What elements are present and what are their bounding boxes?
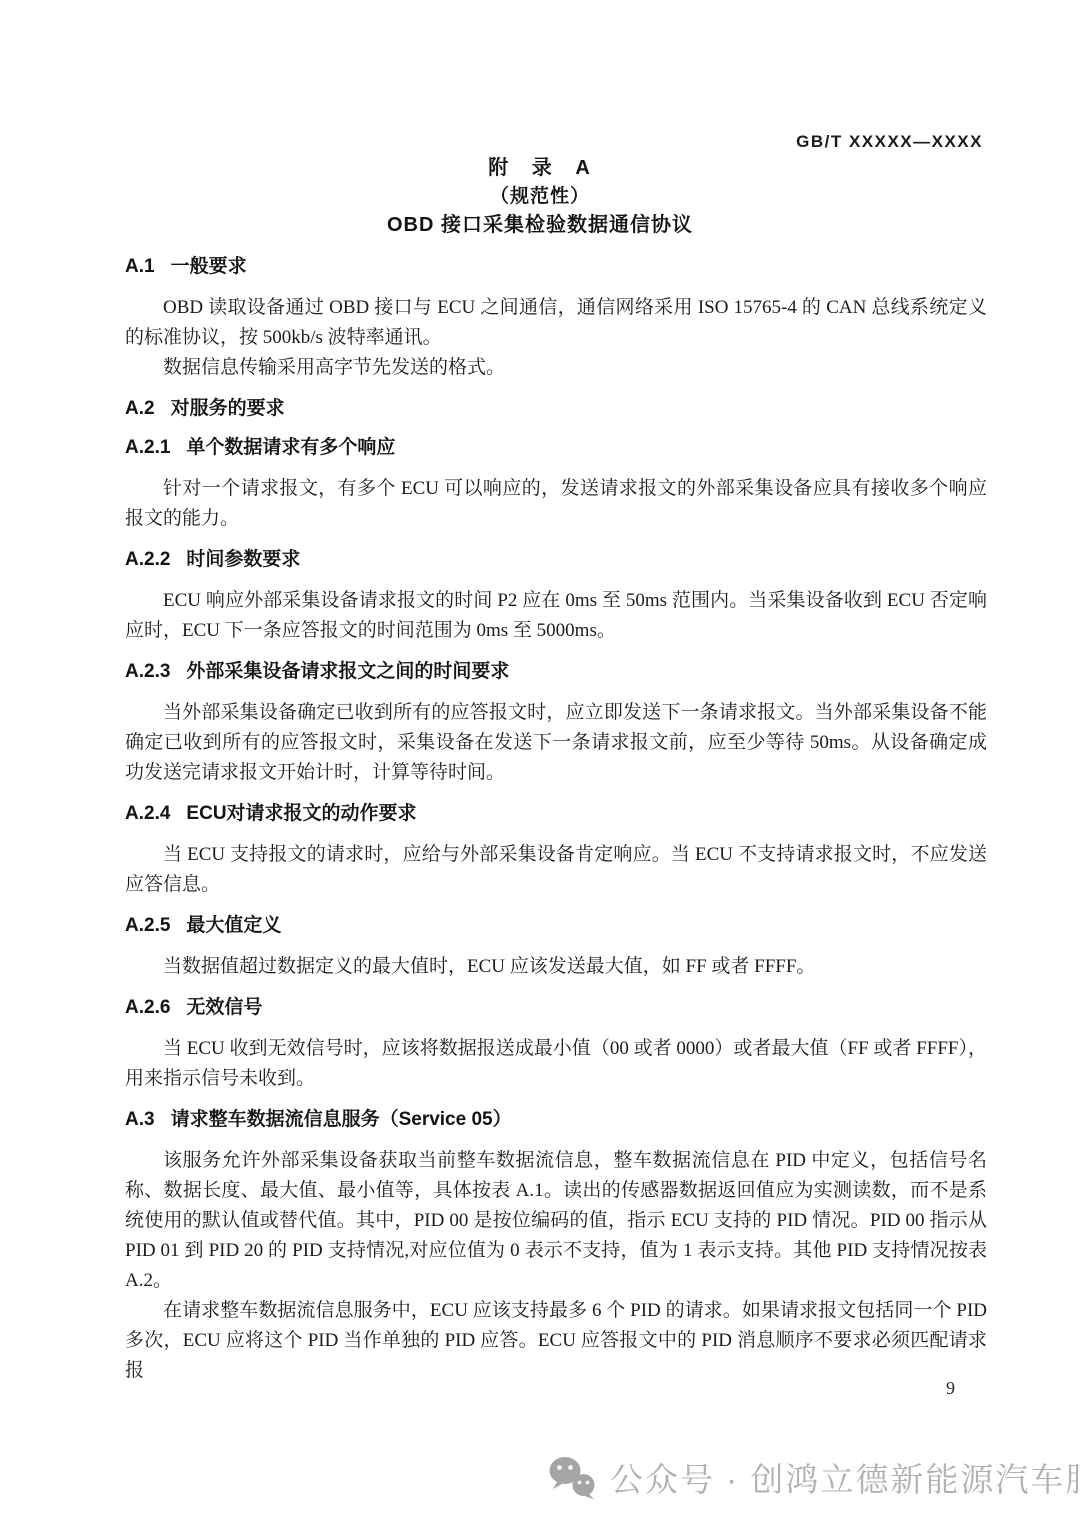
appendix-normative-label: （规范性）	[0, 183, 1080, 211]
section-number: A.3	[125, 1109, 155, 1130]
section-heading-a2-2: A.2.2时间参数要求	[125, 547, 987, 573]
section-heading-a2: A.2对服务的要求	[125, 396, 987, 422]
section-number: A.2.1	[125, 437, 170, 458]
paragraph: OBD 读取设备通过 OBD 接口与 ECU 之间通信，通信网络采用 ISO 1…	[125, 293, 987, 353]
section-number: A.1	[125, 256, 155, 277]
appendix-title-block: 附 录 A （规范性） OBD 接口采集检验数据通信协议	[0, 153, 1080, 239]
paragraph: 当 ECU 支持报文的请求时，应给与外部采集设备肯定响应。当 ECU 不支持请求…	[125, 840, 987, 900]
section-heading-a1: A.1一般要求	[125, 254, 987, 280]
section-heading-a2-6: A.2.6无效信号	[125, 995, 987, 1021]
section-heading-a2-3: A.2.3外部采集设备请求报文之间的时间要求	[125, 659, 987, 685]
section-number: A.2.6	[125, 997, 170, 1018]
section-heading-a2-5: A.2.5最大值定义	[125, 913, 987, 939]
standard-number: GB/T XXXXX—XXXX	[796, 132, 983, 152]
section-title: 最大值定义	[186, 915, 281, 936]
paragraph: 当 ECU 收到无效信号时，应该将数据报送成最小值（00 或者 0000）或者最…	[125, 1034, 987, 1094]
section-title: 请求整车数据流信息服务（Service 05）	[171, 1109, 512, 1130]
watermark-text: 公众号 · 创鸿立德新能源汽车服务	[610, 1454, 1080, 1501]
section-heading-a2-1: A.2.1单个数据请求有多个响应	[125, 435, 987, 461]
document-page: GB/T XXXXX—XXXX 附 录 A （规范性） OBD 接口采集检验数据…	[0, 0, 1080, 1527]
paragraph: 数据信息传输采用高字节先发送的格式。	[125, 353, 987, 383]
section-number: A.2	[125, 398, 155, 419]
section-title: ECU对请求报文的动作要求	[186, 803, 416, 824]
appendix-subject-title: OBD 接口采集检验数据通信协议	[0, 211, 1080, 239]
paragraph: 在请求整车数据流信息服务中，ECU 应该支持最多 6 个 PID 的请求。如果请…	[125, 1296, 987, 1386]
section-heading-a3: A.3请求整车数据流信息服务（Service 05）	[125, 1107, 987, 1133]
section-number: A.2.3	[125, 661, 170, 682]
section-title: 无效信号	[186, 997, 262, 1018]
section-heading-a2-4: A.2.4ECU对请求报文的动作要求	[125, 801, 987, 827]
appendix-title: 附 录 A	[0, 153, 1080, 183]
page-number: 9	[946, 1378, 955, 1399]
section-number: A.2.2	[125, 549, 170, 570]
document-body: A.1一般要求 OBD 读取设备通过 OBD 接口与 ECU 之间通信，通信网络…	[125, 254, 987, 1386]
section-title: 一般要求	[171, 256, 247, 277]
section-title: 单个数据请求有多个响应	[186, 437, 395, 458]
paragraph: 当外部采集设备确定已收到所有的应答报文时，应立即发送下一条请求报文。当外部采集设…	[125, 698, 987, 788]
wechat-icon	[548, 1456, 600, 1500]
section-number: A.2.5	[125, 915, 170, 936]
watermark: 公众号 · 创鸿立德新能源汽车服务	[548, 1454, 1080, 1501]
section-title: 外部采集设备请求报文之间的时间要求	[186, 661, 509, 682]
paragraph: 当数据值超过数据定义的最大值时，ECU 应该发送最大值，如 FF 或者 FFFF…	[125, 952, 987, 982]
section-title: 对服务的要求	[171, 398, 285, 419]
paragraph: 该服务允许外部采集设备获取当前整车数据流信息，整车数据流信息在 PID 中定义，…	[125, 1146, 987, 1296]
paragraph: 针对一个请求报文，有多个 ECU 可以响应的，发送请求报文的外部采集设备应具有接…	[125, 474, 987, 534]
paragraph: ECU 响应外部采集设备请求报文的时间 P2 应在 0ms 至 50ms 范围内…	[125, 586, 987, 646]
section-number: A.2.4	[125, 803, 170, 824]
section-title: 时间参数要求	[186, 549, 300, 570]
